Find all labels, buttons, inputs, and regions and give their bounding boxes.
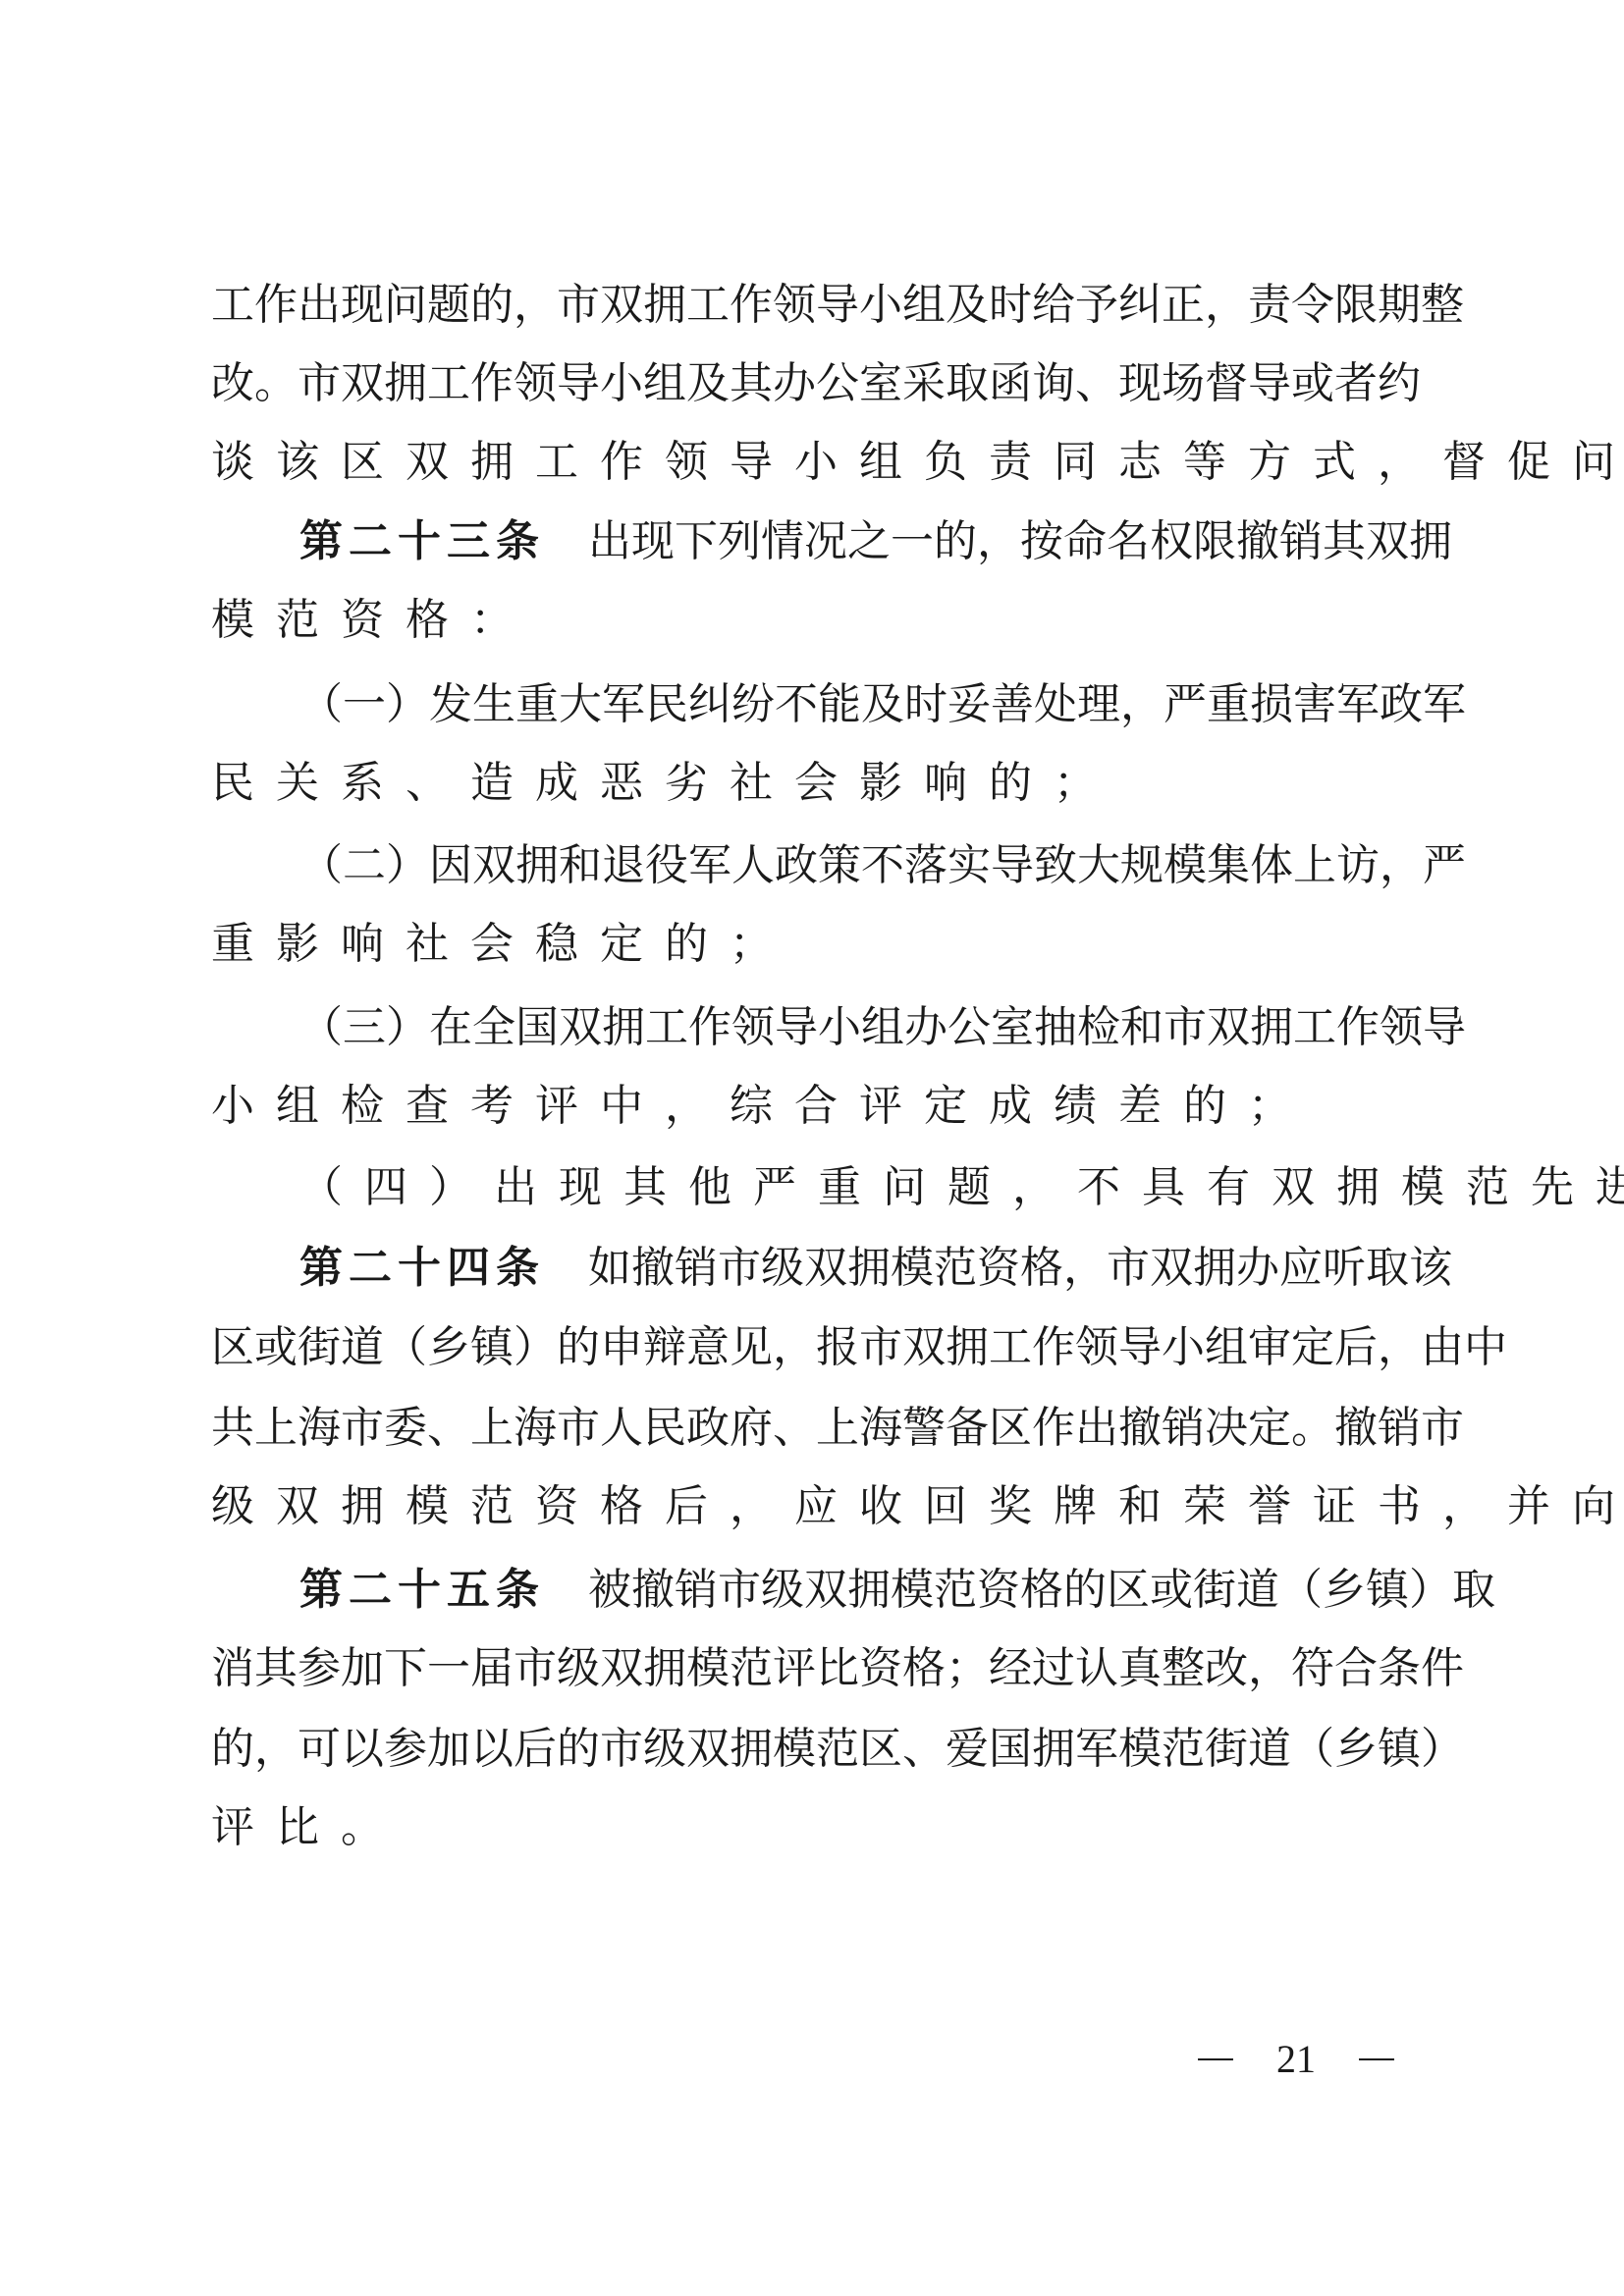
article-23-line: 第二十三条出现下列情况之一的，按命名权限撤销其双拥 <box>299 507 1421 576</box>
article-24-continuation: 共上海市委、上海市人民政府、上海警备区作出撤销决定。撤销市 <box>211 1394 1421 1463</box>
article-25-line: 第二十五条被撤销市级双拥模范资格的区或街道（乡镇）取 <box>299 1556 1421 1625</box>
article-25-continuation: 的，可以参加以后的市级双拥模范区、爱国拥军模范街道（乡镇） <box>211 1715 1421 1784</box>
article-number: 第二十四条 <box>299 1243 545 1293</box>
paragraph-line: 谈该区双拥工作领导小组负责同志等方式，督促问题整改。 <box>211 428 1421 497</box>
article-24-continuation: 区或街道（乡镇）的申辩意见，报市双拥工作领导小组审定后，由中 <box>211 1313 1421 1382</box>
article-number: 第二十三条 <box>299 516 545 566</box>
list-item-4: （四）出现其他严重问题，不具有双拥模范先进性的。 <box>299 1153 1421 1222</box>
list-item-2-continuation: 重影响社会稳定的； <box>211 910 1421 979</box>
article-25-continuation: 评比。 <box>211 1793 1421 1862</box>
article-23-continuation: 模范资格： <box>211 586 1421 655</box>
article-text: 被撤销市级双拥模范资格的区或街道（乡镇）取 <box>588 1565 1495 1615</box>
article-text: 出现下列情况之一的，按命名权限撤销其双拥 <box>588 516 1452 566</box>
article-25-continuation: 消其参加下一届市级双拥模范评比资格；经过认真整改，符合条件 <box>211 1634 1421 1703</box>
paragraph-line: 工作出现问题的，市双拥工作领导小组及时给予纠正，责令限期整 <box>211 271 1421 340</box>
document-page: 工作出现问题的，市双拥工作领导小组及时给予纠正，责令限期整 改。市双拥工作领导小… <box>0 0 1624 2296</box>
article-number: 第二十五条 <box>299 1565 545 1615</box>
page-number-footer: 21 <box>1198 2030 1394 2089</box>
paragraph-line: 改。市双拥工作领导小组及其办公室采取函询、现场督导或者约 <box>211 349 1421 418</box>
list-item-1: （一）发生重大军民纠纷不能及时妥善处理，严重损害军政军 <box>299 670 1421 739</box>
article-24-continuation: 级双拥模范资格后，应收回奖牌和荣誉证书，并向社会公布。 <box>211 1472 1421 1541</box>
list-item-3-continuation: 小组检查考评中，综合评定成绩差的； <box>211 1072 1421 1141</box>
article-24-line: 第二十四条如撤销市级双拥模范资格，市双拥办应听取该 <box>299 1234 1421 1303</box>
list-item-3: （三）在全国双拥工作领导小组办公室抽检和市双拥工作领导 <box>299 993 1421 1062</box>
list-item-2: （二）因双拥和退役军人政策不落实导致大规模集体上访，严 <box>299 831 1421 900</box>
page-number: 21 <box>1276 2030 1316 2089</box>
dash-right <box>1359 2058 1394 2060</box>
dash-left <box>1198 2058 1233 2060</box>
article-text: 如撤销市级双拥模范资格，市双拥办应听取该 <box>588 1243 1452 1293</box>
list-item-1-continuation: 民关系、造成恶劣社会影响的； <box>211 749 1421 818</box>
